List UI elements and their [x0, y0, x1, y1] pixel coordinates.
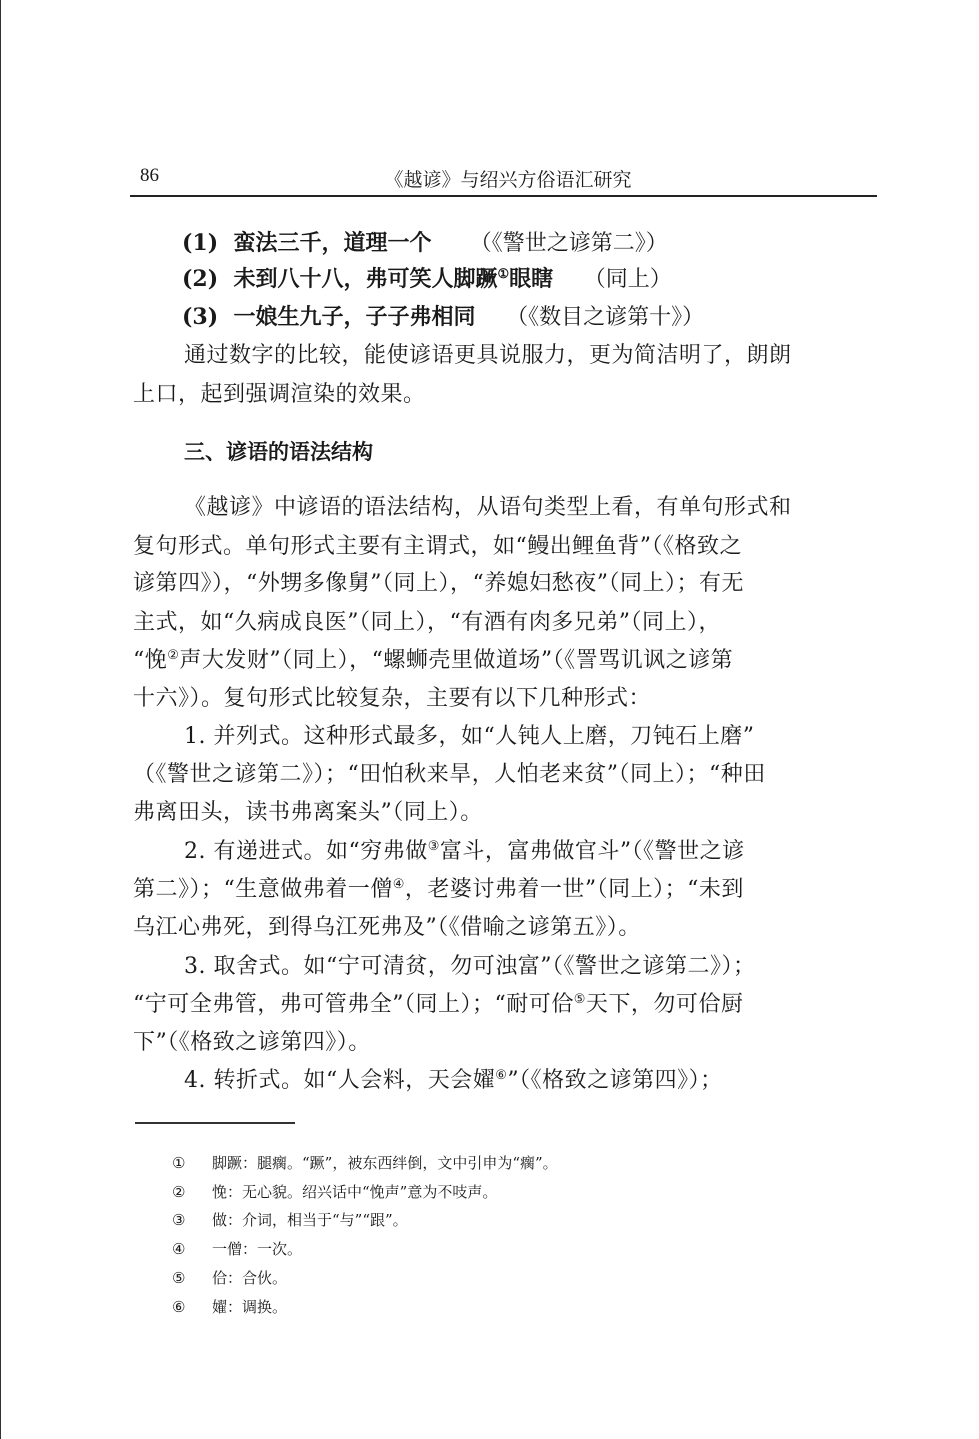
- footnote-rule: [135, 1122, 295, 1124]
- paragraph-line: “悗②声大发财”（同上），“螺蛳壳里做道场”（《詈骂讥讽之谚第: [133, 646, 878, 676]
- footnote-4: ④一僧：一次。: [172, 1238, 302, 1260]
- paragraph-line: 1. 并列式。这种形式最多，如“人钝人上磨，刀钝石上磨”: [184, 722, 929, 752]
- paragraph-line: 3. 取舍式。如“宁可清贫，勿可浊富”（《警世之谚第二》）；: [184, 952, 929, 982]
- paragraph-line: 2. 有递进式。如“穷弗做③富斗，富弗做官斗”（《警世之谚: [184, 837, 929, 867]
- footnote-5: ⑤佮：合伙。: [172, 1267, 287, 1289]
- footnote-ref-2[interactable]: ②: [167, 648, 179, 663]
- paragraph-line: 上口，起到强调渲染的效果。: [133, 380, 878, 410]
- footnote-3: ③做：介词，相当于“与”“跟”。: [172, 1209, 408, 1231]
- paragraph-line: 谚第四》），“外甥多像舅”（同上），“养媳妇愁夜”（同上）；有无: [133, 569, 878, 599]
- paragraph-line: 复句形式。单句形式主要有主谓式，如“鳗出鲤鱼背”（《格致之: [133, 532, 878, 562]
- paragraph-line: （《警世之谚第二》）；“田怕秋来旱，人怕老来贫”（同上）；“种田: [133, 760, 878, 790]
- footnote-1: ①脚蹶：腿瘸。“蹶”，被东西绊倒，文中引申为“瘸”。: [172, 1152, 558, 1174]
- footnote-ref-1[interactable]: ①: [497, 267, 509, 282]
- paragraph-line: “宁可全弗管，弗可管弗全”（同上）；“耐可佮⑤天下，勿可佮厨: [133, 990, 878, 1020]
- paragraph-line: 第二》）；“生意做弗着一僧④，老婆讨弗着一世”（同上）；“未到: [133, 875, 878, 905]
- running-title: 《越谚》与绍兴方俗语汇研究: [140, 165, 876, 192]
- example-2: (2) 未到八十八，弗可笑人脚蹶①眼瞎 （同上）: [182, 264, 672, 295]
- footnote-ref-3[interactable]: ③: [428, 839, 440, 854]
- paragraph-line: 《越谚》中谚语的语法结构，从语句类型上看，有单句形式和: [184, 493, 929, 523]
- footnote-ref-5[interactable]: ⑤: [574, 992, 586, 1007]
- example-1: (1) 蛮法三千，道理一个 （《警世之谚第二》）: [182, 228, 668, 259]
- page-header: 86 《越谚》与绍兴方俗语汇研究: [140, 163, 876, 191]
- paragraph-line: 十六》）。复句形式比较复杂，主要有以下几种形式：: [133, 684, 878, 714]
- header-rule: [130, 195, 877, 197]
- footnote-2: ②悗：无心貌。绍兴话中“悗声”意为不吱声。: [172, 1181, 497, 1203]
- footnote-ref-4[interactable]: ④: [393, 877, 405, 892]
- paragraph-line: 乌江心弗死，到得乌江死弗及”（《借喻之谚第五》）。: [133, 913, 878, 943]
- paragraph-line: 下”（《格致之谚第四》）。: [133, 1028, 878, 1058]
- paragraph-line: 弗离田头，读书弗离案头”（同上）。: [133, 798, 878, 828]
- paragraph-line: 主式，如“久病成良医”（同上），“有酒有肉多兄弟”（同上），: [133, 608, 878, 638]
- page-edge: [0, 0, 1, 1439]
- example-3: (3) 一娘生九子，子子弗相同 （《数目之谚第十》）: [182, 302, 704, 333]
- paragraph-line: 4. 转折式。如“人会料，天会嬥⑥”（《格致之谚第四》）；: [184, 1066, 929, 1096]
- paragraph-line: 通过数字的比较，能使谚语更具说服力，更为简洁明了，朗朗: [184, 341, 929, 371]
- section-heading: 三、谚语的语法结构: [184, 437, 373, 467]
- footnote-ref-6[interactable]: ⑥: [495, 1068, 507, 1083]
- footnote-6: ⑥嬥：调换。: [172, 1296, 287, 1318]
